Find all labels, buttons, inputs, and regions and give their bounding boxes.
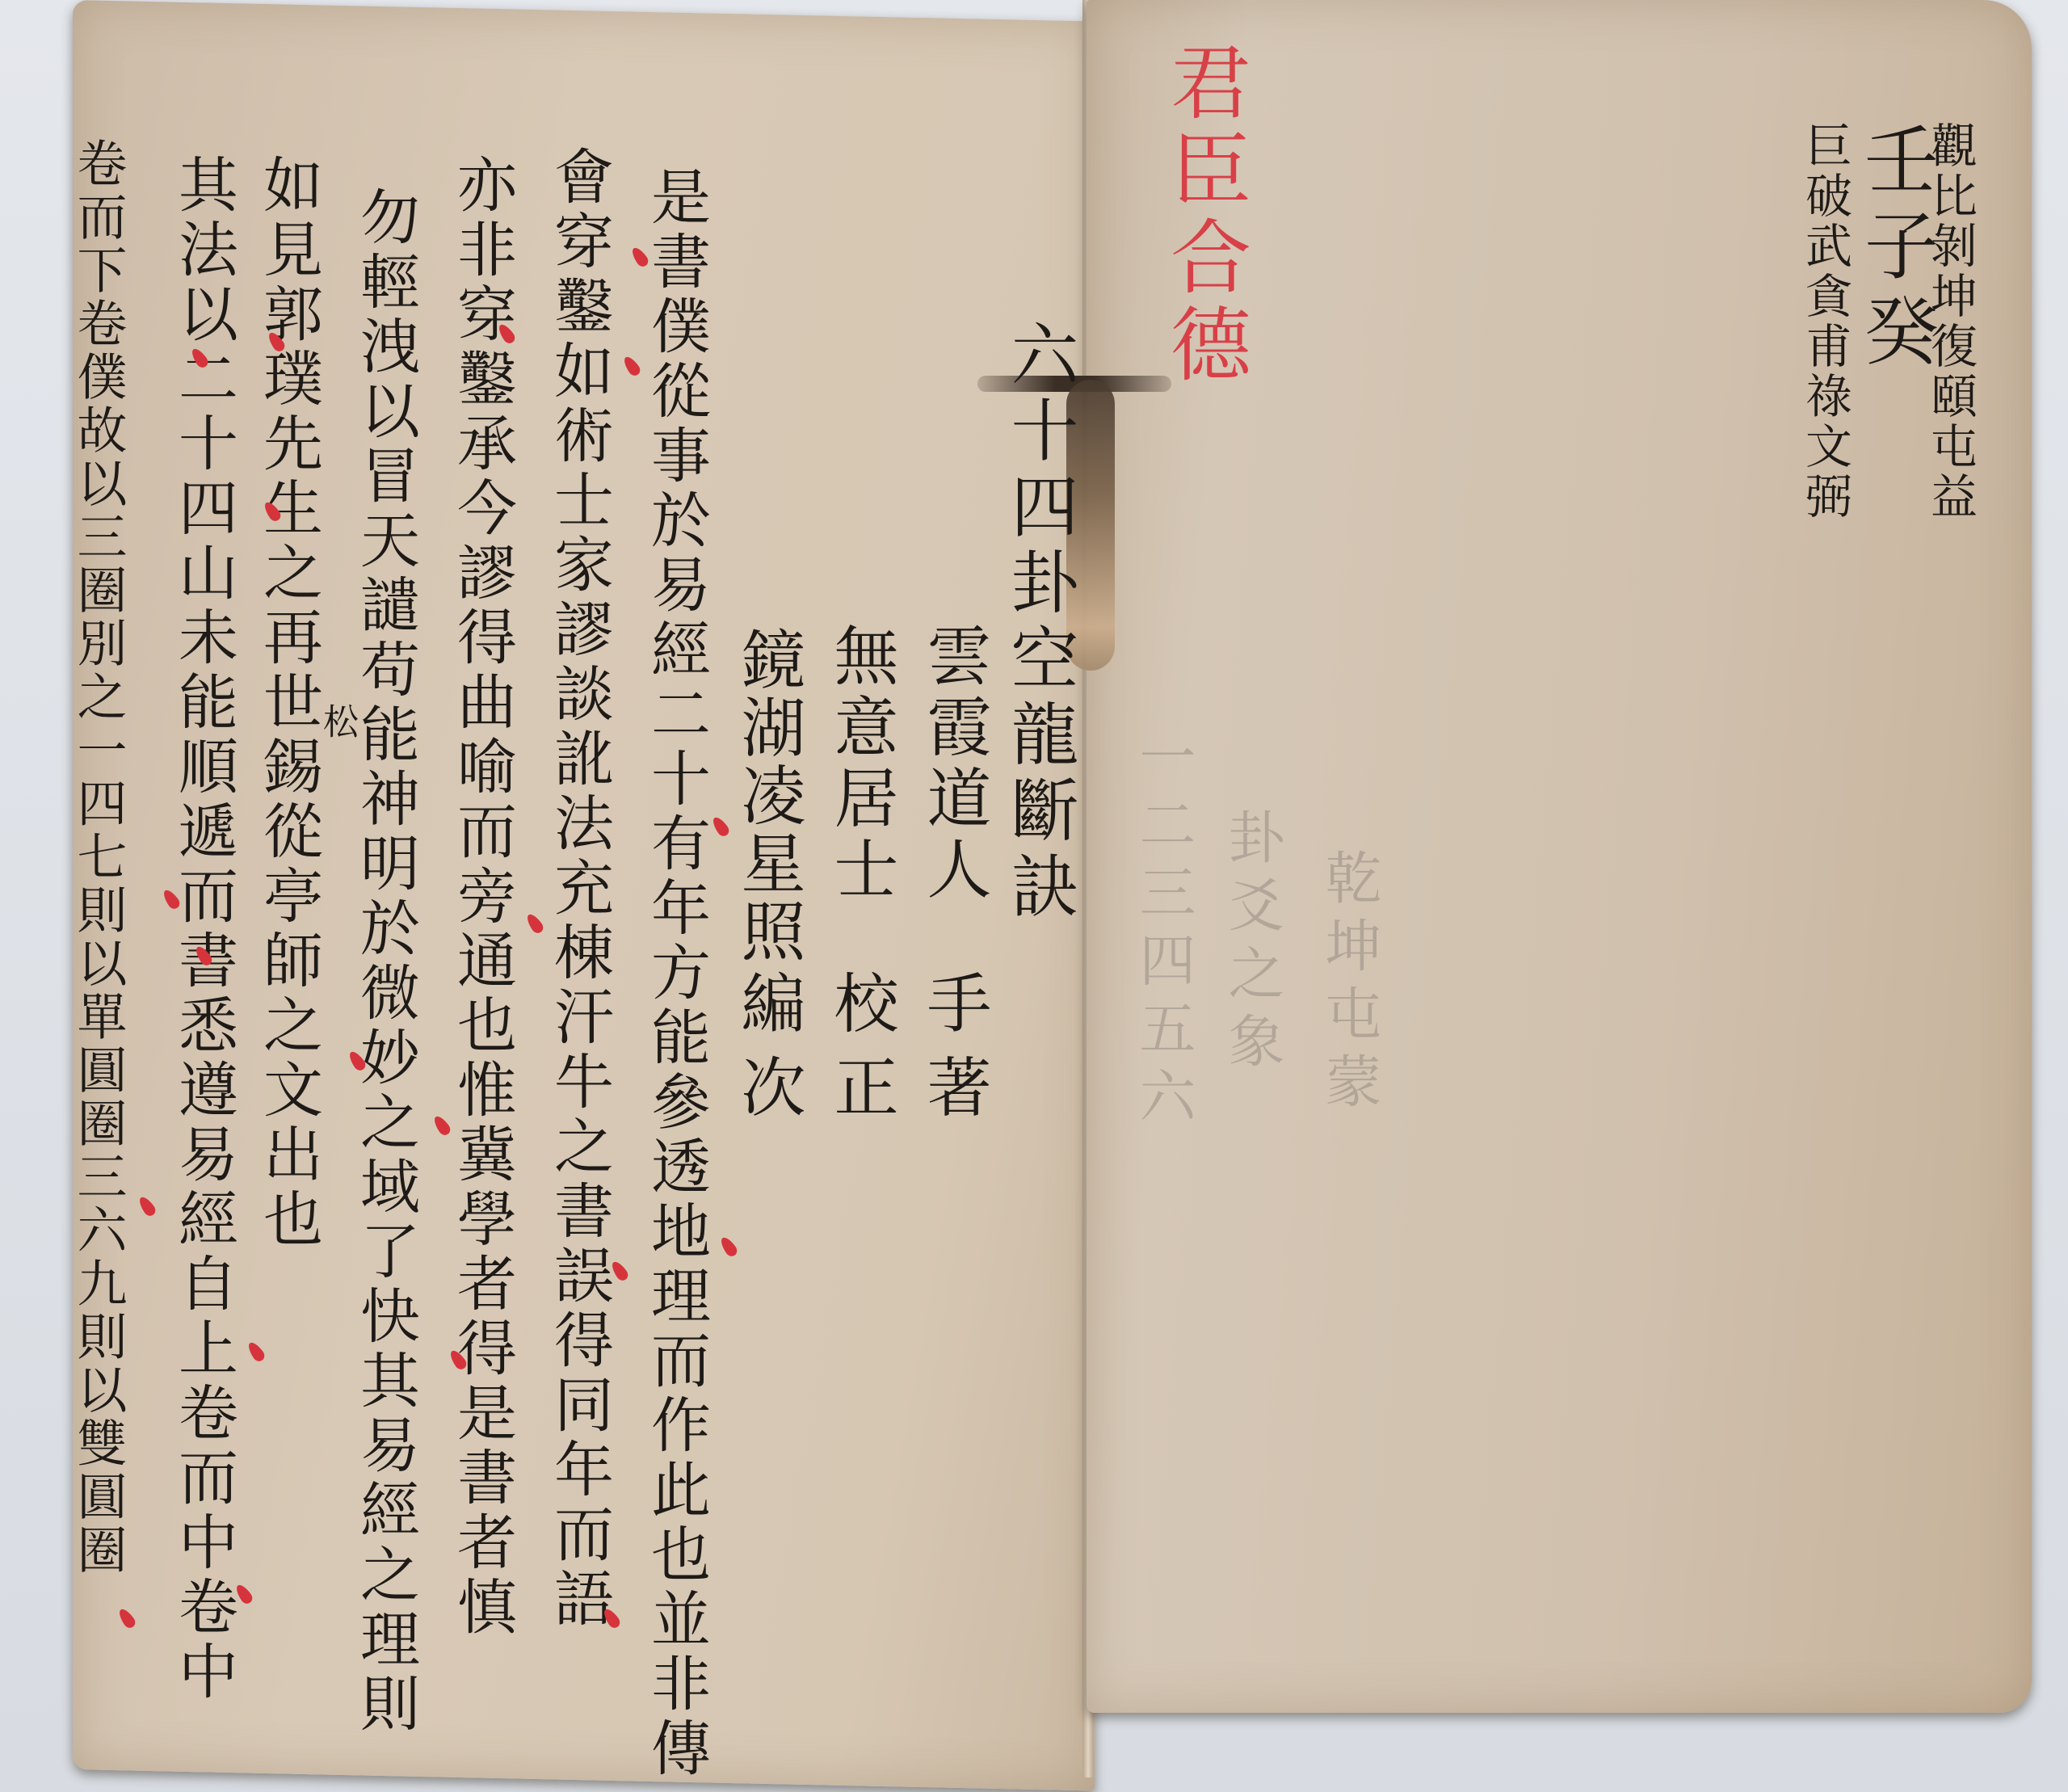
bleed-through-text: 卦爻之象 [1212, 808, 1293, 1079]
text-column-6: 其法以二十四山未能順遞而書悉遵易經自上卷而中卷中 [174, 154, 233, 1705]
red-heading: 君臣合德 [1163, 40, 1244, 389]
corner-note-large: 壬子癸 [1858, 121, 1932, 378]
text-column-5: 如見郭璞先生之再世錫從亭師之文出也 [258, 154, 318, 1252]
credit-compiler-role: 編次 [735, 970, 800, 1138]
credit-editor-role: 校正 [828, 970, 893, 1138]
credit-author-role: 手著 [921, 970, 986, 1138]
corner-note-line-3: 巨破武貪甫祿文弼 [1801, 121, 1848, 522]
credit-compiler-name: 鏡湖凌星照 [735, 626, 800, 965]
text-column-7: 卷而下卷僕故以三圈別之一四七則以單圓圈三六九則以雙圓圈 [73, 137, 123, 1577]
text-column-1: 是書僕從事於易經二十有年方能參透地理而作此也並非傳 [646, 166, 706, 1781]
credit-author-name: 雲霞道人 [921, 622, 986, 907]
text-column-2: 會穿鑿如術士家謬談訛法充棟汗牛之書誤得同年而語 [549, 145, 609, 1632]
bleed-through-text: 乾坤屯蒙 [1309, 848, 1390, 1120]
text-column-3: 亦非穿鑿承今謬得曲喻而旁通也惟冀學者得是書者慎 [452, 154, 512, 1640]
margin-note: 松 [319, 703, 355, 743]
text-column-4: 勿輕洩以冒天譴苟能神明於微妙之域了快其易經之理則 [355, 186, 415, 1737]
book-title: 六十四卦空龍斷訣 [1006, 319, 1074, 927]
credit-editor-name: 無意居士 [828, 622, 893, 907]
bleed-through-text: 一二三四五六 [1123, 727, 1204, 1134]
